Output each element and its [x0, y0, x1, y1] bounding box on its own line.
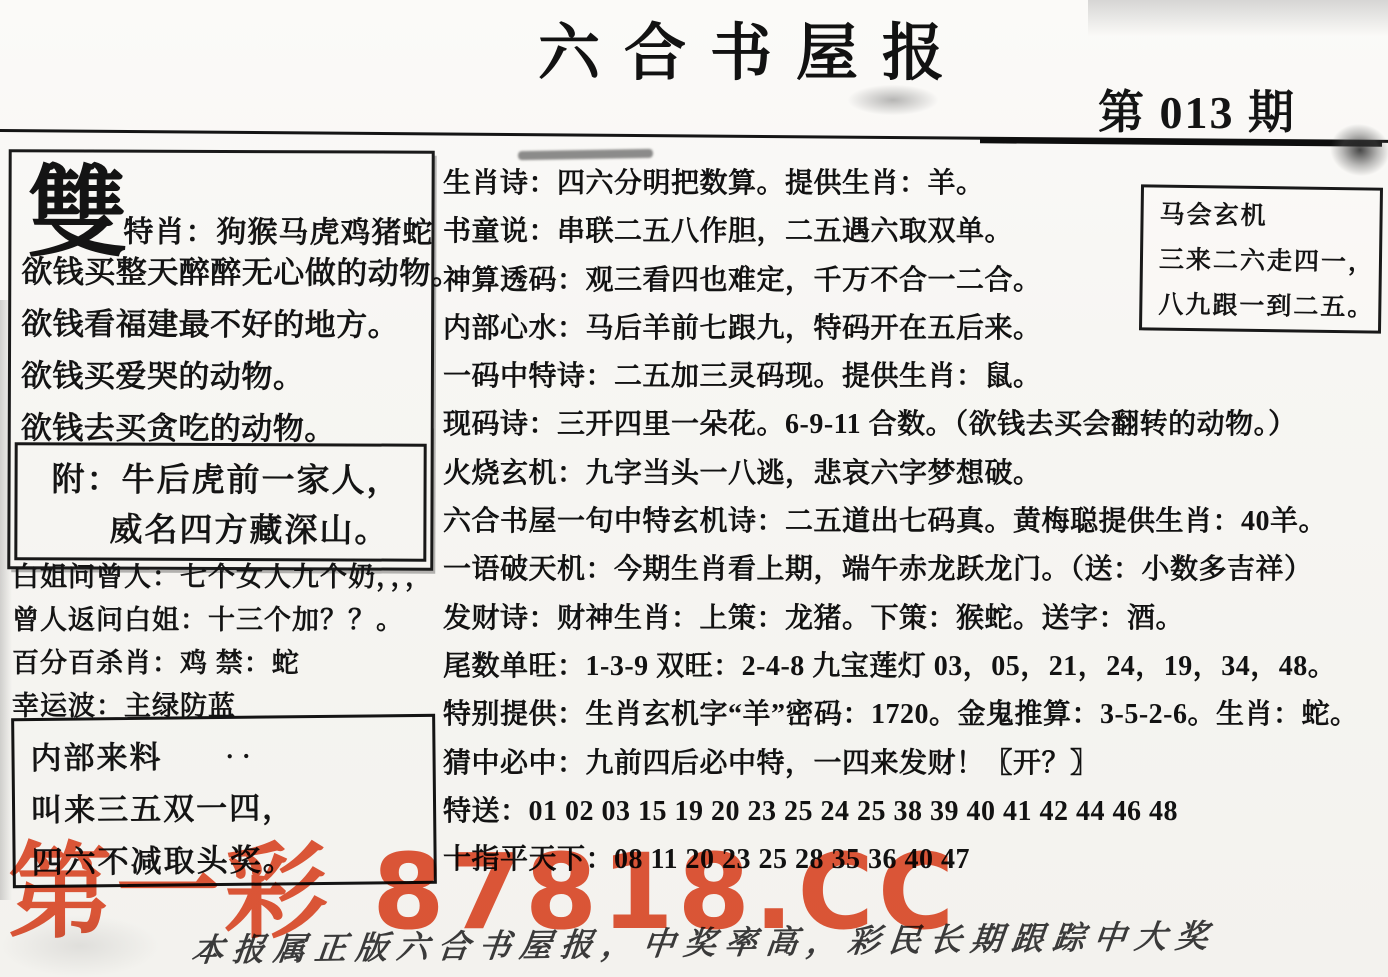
tip-line-caizhongbizhong: 猜中必中：九前四后必中特，一四来发财！〖开？〗	[443, 740, 1388, 788]
mahui-line2: 八九跟一到二五。	[1142, 282, 1379, 330]
ink-smudge	[518, 149, 653, 160]
tip-line-tesong-numbers: 特送：01 02 03 15 19 20 23 25 24 25 38 39 4…	[443, 788, 1388, 836]
mahui-title: 马会玄机	[1143, 192, 1380, 240]
scan-noise-top-right	[1088, 0, 1388, 36]
tip-line-huoshaoxuanji: 火烧玄机：九字当头一八逃，悲哀六字梦想破。	[443, 450, 1388, 498]
internal-material-dots: ..	[226, 735, 259, 765]
mahui-xuanji-box: 马会玄机 三来二六走四一， 八九跟一到二五。	[1139, 184, 1383, 333]
qa-line: 百分百杀肖：鸡 禁：蛇	[12, 642, 432, 685]
page-title: 六合书屋报	[538, 14, 968, 95]
tip-line-tebietigong: 特别提供：生肖玄机字“羊”密码：1720。金鬼推算：3-5-2-6。生肖：蛇。	[443, 691, 1388, 739]
attachment-verse-line1: 附：牛后虎前一家人，	[52, 453, 402, 501]
internal-material-title: 内部来料	[30, 732, 162, 778]
qa-line: 白姐问曾人：七个女人九个奶，，，	[12, 556, 432, 599]
tip-line-weishudanwang: 尾数单旺：1-3-9 双旺：2-4-8 九宝莲灯 03，05，21，24，19，…	[443, 643, 1388, 691]
money-riddle-line: 欲钱买爱哭的动物。	[21, 350, 426, 403]
money-riddle-line: 欲钱看福建最不好的地方。	[21, 298, 426, 351]
left-tips-box: 雙 特肖：狗猴马虎鸡猪蛇 欲钱买整天醉醉无心做的动物。 欲钱看福建最不好的地方。…	[7, 149, 434, 570]
texiao-line: 特肖：狗猴马虎鸡猪蛇	[123, 207, 433, 252]
tip-line-yimazhongteshi: 一码中特诗：二五加三灵码现。提供生肖：鼠。	[443, 353, 1388, 401]
attachment-verse-box: 附：牛后虎前一家人， 威名四方藏深山。	[14, 442, 426, 561]
mahui-line1: 三来二六走四一，	[1143, 237, 1380, 285]
attachment-verse-line2: 威名四方藏深山。	[109, 504, 389, 552]
tip-line-yijuzhongte: 六合书屋一句中特玄机诗：二五道出七码真。黄梅聪提供生肖：40羊。	[443, 498, 1388, 546]
qa-line: 曾人返问白姐：十三个加？？。	[12, 599, 432, 642]
tip-line-facaishi: 发财诗：财神生肖：上策：龙猪。下策：猴蛇。送字：酒。	[443, 595, 1388, 643]
money-riddle-lines: 欲钱买整天醉醉无心做的动物。 欲钱看福建最不好的地方。 欲钱买爱哭的动物。 欲钱…	[21, 246, 427, 455]
tip-line-xianmashi: 现码诗：三开四里一朵花。6-9-11 合数。（欲钱去买会翻转的动物。）	[443, 401, 1388, 449]
issue-number: 第 013 期	[1098, 76, 1296, 142]
internal-material-line1: 叫来三五双一四，	[31, 782, 295, 830]
money-riddle-line: 欲钱买整天醉醉无心做的动物。	[21, 246, 426, 299]
qa-lines: 白姐问曾人：七个女人九个奶，，， 曾人返问白姐：十三个加？？。 百分百杀肖：鸡 …	[12, 556, 432, 728]
tip-line-yiyupotianji: 一语破天机：今期生肖看上期，端午赤龙跃龙门。（送：小数多吉祥）	[443, 546, 1388, 594]
watermark-text: 第一彩 87818.CC	[8, 840, 958, 944]
